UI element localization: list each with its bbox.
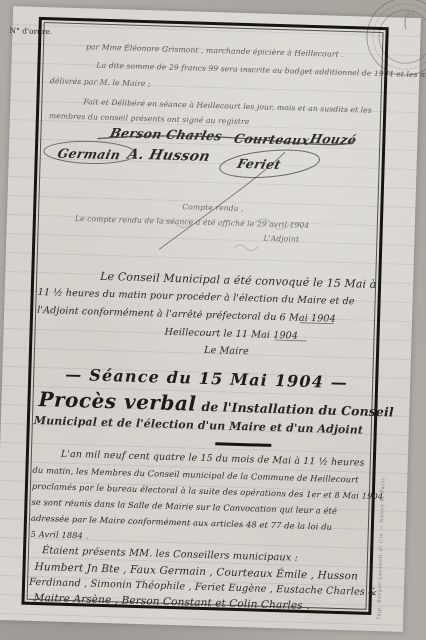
heading-underline-bar bbox=[215, 442, 271, 447]
deliberation-line: Fait et Délibéré en séance à Heillecourt… bbox=[83, 97, 372, 115]
signatures-block: Berson Charles Courteaux Houzé Germain A… bbox=[46, 24, 384, 34]
signature: Houzé bbox=[309, 131, 358, 147]
proces-verbal-title: Procès verbal bbox=[38, 387, 197, 416]
session-heading-block: — Séance du 15 Mai 1904 — Procès verbal … bbox=[46, 24, 384, 34]
printer-imprint: Imp. Berger-Levrault et Cie — Nancy et P… bbox=[376, 485, 386, 619]
deliberation-line: membres du conseil présents ont signé au… bbox=[49, 111, 250, 126]
attendance-intro: Étaient présents MM. les Conseillers mun… bbox=[42, 545, 298, 564]
signature: Feriet bbox=[236, 156, 283, 172]
compte-rendu-block: Compte rendu , Le compte rendu de la séa… bbox=[46, 24, 384, 34]
page-content: par Mme Éléonore Grismont , marchande ép… bbox=[29, 24, 384, 610]
convocation-line: Le Conseil Municipal a été convoqué le 1… bbox=[100, 270, 377, 291]
compte-rendu-line: Le compte rendu de la séance a été affic… bbox=[75, 214, 310, 230]
minutes-line: adressée par le Maire conformément aux a… bbox=[31, 513, 332, 532]
minutes-line: 5 Avril 1884 . bbox=[30, 529, 88, 541]
convocation-line: l'Adjoint conformément à l'arrêté préfec… bbox=[37, 305, 336, 325]
signature: Berson Charles bbox=[109, 125, 224, 143]
register-frame: par Mme Éléonore Grismont , marchande ép… bbox=[21, 17, 388, 615]
signature: A. Husson bbox=[126, 147, 212, 165]
compte-rendu-signoff: L'Adjoint bbox=[263, 234, 299, 244]
signature: Courteaux bbox=[233, 131, 312, 148]
compte-rendu-title: Compte rendu , bbox=[182, 202, 244, 213]
proces-verbal-rest: de l'Installation du Conseil bbox=[201, 399, 394, 420]
convocation-line: 11 ½ heures du matin pour procéder à l'é… bbox=[38, 287, 355, 307]
convocation-paragraph: Le Conseil Municipal a été convoqué le 1… bbox=[46, 24, 384, 34]
scan-background: { "document": { "order_label": "N° d'ord… bbox=[0, 0, 426, 640]
place-date-line: Heillecourt le 11 Mai 1904 bbox=[164, 327, 298, 342]
deliberation-line: délivrés par M. le Maire ; bbox=[50, 76, 151, 88]
attendance-block: Étaient présents MM. les Conseillers mun… bbox=[46, 24, 384, 34]
deliberation-paragraph: par Mme Éléonore Grismont , marchande ép… bbox=[46, 24, 384, 34]
minutes-paragraph: L'an mil neuf cent quatre le 15 du mois … bbox=[46, 24, 384, 34]
signature: Germain bbox=[56, 146, 122, 163]
attendance-line: Maitre Arsène , Berson Constant et Colin… bbox=[33, 592, 309, 612]
minutes-line: se sont réunis dans la Salle de Mairie s… bbox=[31, 497, 337, 516]
maire-signoff: Le Maire bbox=[204, 345, 249, 357]
paper-sheet: N° d'ordre. Imp. Berger-Levrault et Cie … bbox=[0, 6, 421, 632]
deliberation-line: par Mme Éléonore Grismont , marchande ép… bbox=[86, 42, 344, 59]
deliberation-line: La dite somme de 29 francs 99 sera inscr… bbox=[96, 61, 426, 81]
minutes-line: L'an mil neuf cent quatre le 15 du mois … bbox=[61, 449, 365, 469]
